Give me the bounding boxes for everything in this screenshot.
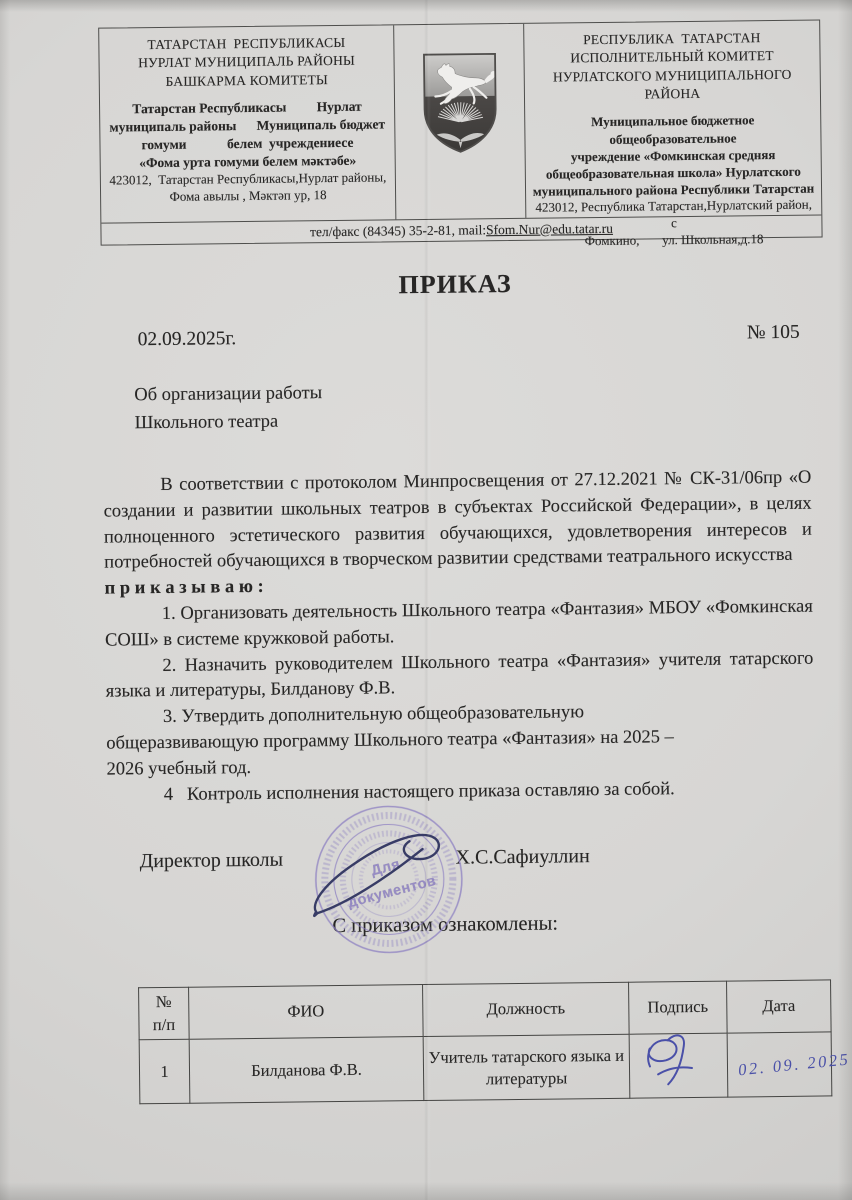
order-body: В соответствии с протоколом Минпросвещен… xyxy=(103,466,815,809)
letterhead-left-institution: Татарстан Республикасы Нурлат муниципаль… xyxy=(109,98,385,172)
table-row: 1 Билданова Ф.В. Учитель татарского язык… xyxy=(139,1032,832,1104)
order-intro: В соответствии с протоколом Минпросвещен… xyxy=(103,466,812,577)
handwritten-date: 02. 09. 2025 xyxy=(737,1048,851,1080)
document-sheet: ТАТАРСТАН РЕСПУБЛИКАСЫ НУРЛАТ МУНИЦИПАЛЬ… xyxy=(0,0,852,1200)
order-date: 02.09.2025г. xyxy=(138,328,237,351)
col-header-position: Должность xyxy=(423,982,630,1036)
letterhead-right-russian: РЕСПУБЛИКА ТАТАРСТАН ИСПОЛНИТЕЛЬНЫЙ КОМИ… xyxy=(524,21,821,218)
letterhead-emblem-cell xyxy=(394,24,526,219)
director-signature-icon xyxy=(300,819,483,927)
letterhead-columns: ТАТАРСТАН РЕСПУБЛИКАСЫ НУРЛАТ МУНИЦИПАЛЬ… xyxy=(99,21,821,224)
cell-position: Учитель татарского языка и литературы xyxy=(423,1034,630,1100)
letterhead-left-tatar: ТАТАРСТАН РЕСПУБЛИКАСЫ НУРЛАТ МУНИЦИПАЛЬ… xyxy=(99,25,396,222)
letterhead-right-authority: РЕСПУБЛИКА ТАТАРСТАН ИСПОЛНИТЕЛЬНЫЙ КОМИ… xyxy=(530,29,814,106)
date-number-row: 02.09.2025г. № 105 xyxy=(138,322,800,352)
cell-num: 1 xyxy=(139,1039,190,1104)
col-header-name: ФИО xyxy=(189,985,424,1040)
order-item-2: 2. Назначить руководителем Школьного теа… xyxy=(105,646,814,706)
cell-date: 02. 09. 2025 xyxy=(727,1032,832,1097)
cell-signature xyxy=(629,1033,728,1098)
coat-of-arms-icon xyxy=(418,50,501,155)
phone-fax-text: тел/факс (84345) 35-2-81, mail: xyxy=(310,222,486,240)
signer-position: Директор школы xyxy=(140,849,284,873)
letterhead-left-address: 423012, Татарстан Республикасы,Нурлат ра… xyxy=(109,170,386,207)
row-signature-icon xyxy=(636,1026,717,1097)
order-subject: Об организации работы Школьного театра xyxy=(134,379,322,437)
order-item-1: 1. Организовать деятельность Школьного т… xyxy=(105,595,814,655)
email-text: Sfom.Nur@edu.tatar.ru xyxy=(486,220,613,237)
table-header-row: № п/п ФИО Должность Подпись Дата xyxy=(139,980,832,1040)
col-header-date: Дата xyxy=(727,980,832,1033)
letterhead: ТАТАРСТАН РЕСПУБЛИКАСЫ НУРЛАТ МУНИЦИПАЛЬ… xyxy=(98,19,822,245)
ack-table: № п/п ФИО Должность Подпись Дата 1 Билда… xyxy=(138,979,832,1104)
col-header-num: № п/п xyxy=(139,987,190,1040)
order-number: № 105 xyxy=(747,322,800,345)
order-item-3: 3. Утвердить дополнительную общеобразова… xyxy=(106,698,815,783)
letterhead-right-institution: Муниципальное бюджетное общеобразователь… xyxy=(531,111,815,200)
cell-name: Билданова Ф.В. xyxy=(189,1037,424,1104)
scanned-order-document: ТАТАРСТАН РЕСПУБЛИКАСЫ НУРЛАТ МУНИЦИПАЛЬ… xyxy=(0,0,852,1200)
letterhead-left-authority: ТАТАРСТАН РЕСПУБЛИКАСЫ НУРЛАТ МУНИЦИПАЛЬ… xyxy=(138,34,355,92)
document-title: ПРИКАЗ xyxy=(101,266,809,304)
